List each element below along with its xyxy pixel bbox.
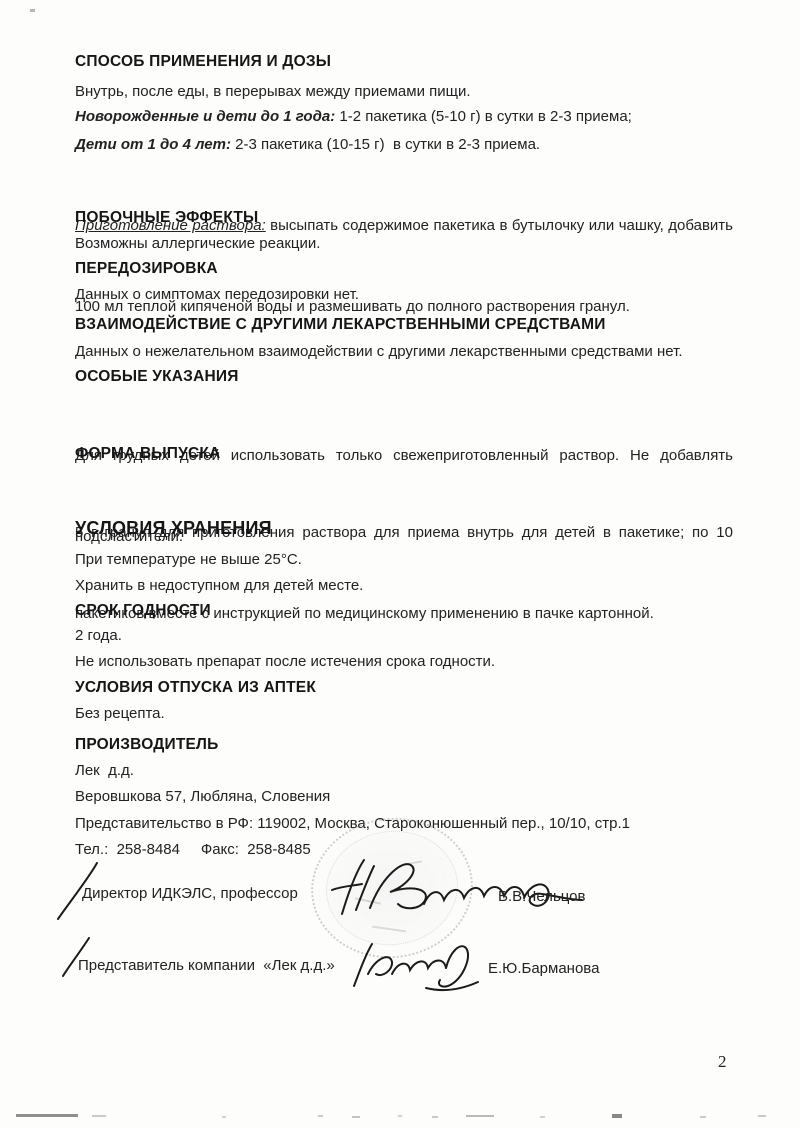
signatory-role-director: Директор ИДКЭЛС, профессор xyxy=(82,885,298,902)
signatory-role-representative: Представитель компании «Лек д.д.» xyxy=(78,957,335,974)
paragraph-side-effects: Возможны аллергические реакции. xyxy=(75,235,320,253)
dosage-newborns-text: 1-2 пакетика (5-10 г) в сутки в 2-3 прие… xyxy=(335,108,632,125)
paragraph-dosage-children: Дети от 1 до 4 лет: 2-3 пакетика (10-15 … xyxy=(75,136,540,154)
scan-artifact-dot xyxy=(432,1116,438,1118)
paragraph-shelf-life-2: Не использовать препарат после истечения… xyxy=(75,653,495,671)
paragraph-form: 5 г гранул для приготовления раствора дл… xyxy=(75,465,733,681)
paragraph-dosage-intro: Внутрь, после еды, в перерывах между при… xyxy=(75,83,471,101)
scan-artifact-dot xyxy=(612,1114,622,1118)
scan-artifact-dot xyxy=(352,1116,360,1118)
paragraph-phone-fax: Тел.: 258-8484 Факс: 258-8485 xyxy=(75,841,311,859)
heading-interaction: ВЗАИМОДЕЙСТВИЕ С ДРУГИМИ ЛЕКАРСТВЕННЫМИ … xyxy=(75,316,606,334)
paragraph-storage-1: При температуре не выше 25°С. xyxy=(75,551,302,569)
paragraph-manufacturer-name: Лек д.д. xyxy=(75,762,134,780)
scan-speck xyxy=(30,9,35,12)
paragraph-manufacturer-address: Веровшкова 57, Любляна, Словения xyxy=(75,788,330,806)
scan-artifact-dash xyxy=(466,1115,494,1117)
scan-artifact-dot xyxy=(758,1115,766,1117)
signatory-name-cheltsov: В.В.Чельцов xyxy=(498,888,586,905)
scanned-document-page: СПОСОБ ПРИМЕНЕНИЯ И ДОЗЫ Внутрь, после е… xyxy=(0,0,800,1128)
scan-artifact-dot xyxy=(700,1116,706,1118)
heading-side-effects: ПОБОЧНЫЕ ЭФФЕКТЫ xyxy=(75,209,258,227)
paragraph-interaction: Данных о нежелательном взаимодействии с … xyxy=(75,343,683,361)
scan-artifact-dot xyxy=(92,1115,106,1117)
heading-shelf-life: СРОК ГОДНОСТИ xyxy=(75,602,211,620)
dosage-prep-line1-text: высыпать содержимое пакетика в бутылочку… xyxy=(266,217,733,234)
heading-storage: УСЛОВИЯ ХРАНЕНИЯ xyxy=(75,519,272,539)
paragraph-dispensing: Без рецепта. xyxy=(75,705,165,723)
scan-artifact-dot xyxy=(222,1116,226,1118)
signatory-name-barmanova: Е.Ю.Барманова xyxy=(488,960,599,977)
paragraph-dosage-newborns: Новорожденные и дети до 1 года: 1-2 паке… xyxy=(75,108,632,126)
heading-form: ФОРМА ВЫПУСКА xyxy=(75,445,220,463)
scan-artifact-dot xyxy=(398,1115,402,1117)
dosage-children-lead: Дети от 1 до 4 лет: xyxy=(75,136,231,153)
heading-special: ОСОБЫЕ УКАЗАНИЯ xyxy=(75,368,239,386)
scan-artifact-line xyxy=(16,1114,78,1117)
scan-artifact-dot xyxy=(540,1116,545,1118)
paragraph-overdose: Данных о симптомах передозировки нет. xyxy=(75,286,359,304)
scan-artifact-dot xyxy=(318,1115,323,1117)
signature-barmanova xyxy=(348,938,483,996)
dosage-children-text: 2-3 пакетика (10-15 г) в сутки в 2-3 при… xyxy=(231,136,540,153)
heading-dispensing: УСЛОВИЯ ОТПУСКА ИЗ АПТЕК xyxy=(75,679,316,697)
heading-manufacturer: ПРОИЗВОДИТЕЛЬ xyxy=(75,736,218,754)
page-number: 2 xyxy=(718,1052,727,1072)
heading-overdose: ПЕРЕДОЗИРОВКА xyxy=(75,260,218,278)
dosage-newborns-lead: Новорожденные и дети до 1 года: xyxy=(75,108,335,125)
heading-dosage: СПОСОБ ПРИМЕНЕНИЯ И ДОЗЫ xyxy=(75,53,331,71)
paragraph-storage-2: Хранить в недоступном для детей месте. xyxy=(75,577,363,595)
paragraph-shelf-life-1: 2 года. xyxy=(75,627,122,645)
